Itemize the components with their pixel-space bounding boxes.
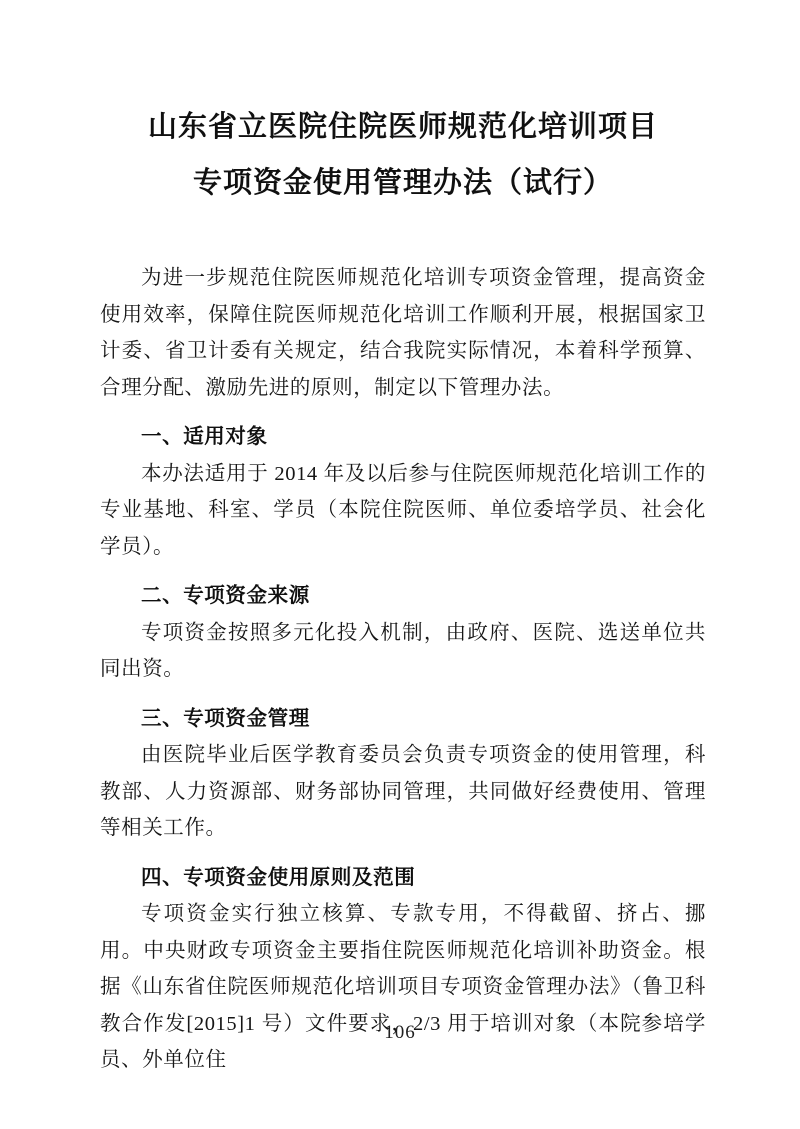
document-page: 山东省立医院住院医师规范化培训项目 专项资金使用管理办法（试行） 为进一步规范住… (0, 0, 800, 1129)
section-1-body: 本办法适用于 2014 年及以后参与住院医师规范化培训工作的专业基地、科室、学员… (100, 456, 706, 566)
document-title-line2: 专项资金使用管理办法（试行） (100, 155, 706, 211)
document-title-line1: 山东省立医院住院医师规范化培训项目 (100, 99, 706, 155)
section-4-heading: 四、专项资金使用原则及范围 (100, 860, 706, 897)
section-fund-management: 三、专项资金管理 由医院毕业后医学教育委员会负责专项资金的使用管理，科教部、人力… (100, 701, 706, 847)
section-fund-usage-principles: 四、专项资金使用原则及范围 专项资金实行独立核算、专款专用，不得截留、挤占、挪用… (100, 860, 706, 1079)
section-3-body: 由医院毕业后医学教育委员会负责专项资金的使用管理，科教部、人力资源部、财务部协同… (100, 737, 706, 847)
section-applicable-targets: 一、适用对象 本办法适用于 2014 年及以后参与住院医师规范化培训工作的专业基… (100, 419, 706, 565)
section-4-body: 专项资金实行独立核算、专款专用，不得截留、挤占、挪用。中央财政专项资金主要指住院… (100, 896, 706, 1079)
section-2-heading: 二、专项资金来源 (100, 578, 706, 615)
document-title: 山东省立医院住院医师规范化培训项目 专项资金使用管理办法（试行） (100, 0, 706, 211)
section-2-body: 专项资金按照多元化投入机制，由政府、医院、选送单位共同出资。 (100, 615, 706, 688)
section-3-heading: 三、专项资金管理 (100, 701, 706, 738)
page-number: 106 (0, 1022, 800, 1044)
section-1-heading: 一、适用对象 (100, 419, 706, 456)
section-fund-sources: 二、专项资金来源 专项资金按照多元化投入机制，由政府、医院、选送单位共同出资。 (100, 578, 706, 688)
intro-paragraph: 为进一步规范住院医师规范化培训专项资金管理，提高资金使用效率，保障住院医师规范化… (100, 260, 706, 406)
